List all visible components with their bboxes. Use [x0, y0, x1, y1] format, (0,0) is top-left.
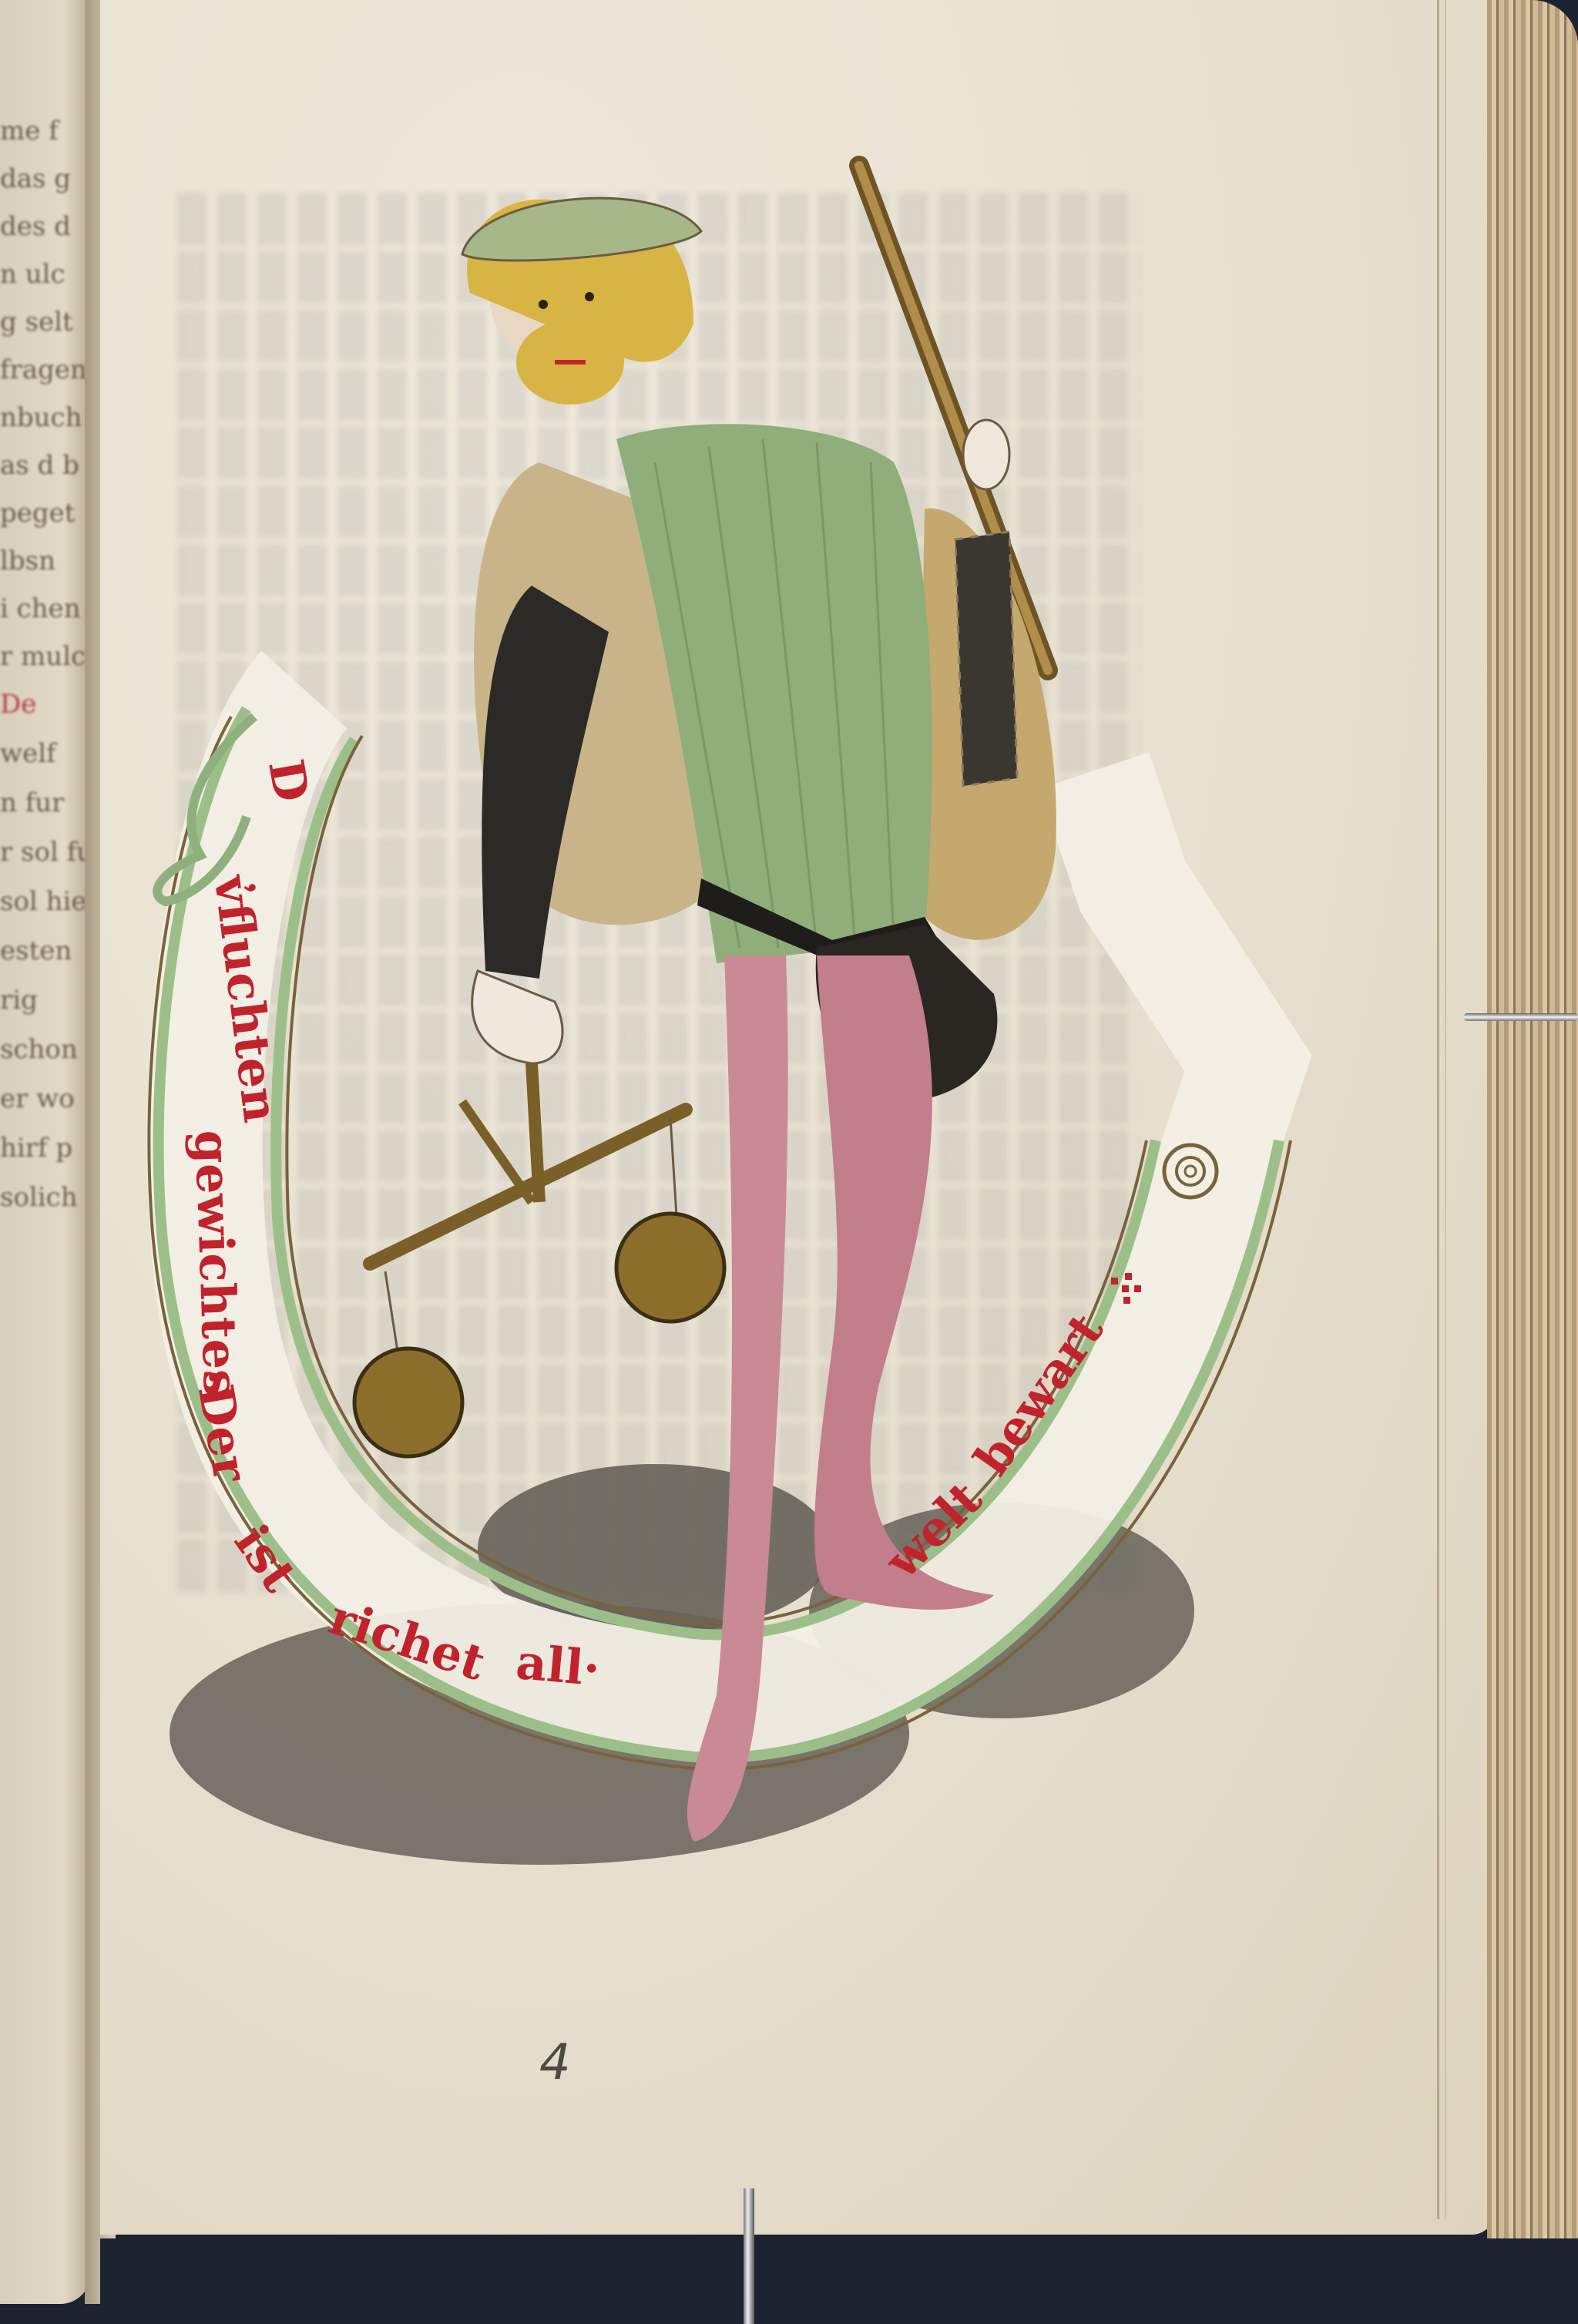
page-clip-bottom [744, 2188, 754, 2324]
background-dark [100, 2238, 1578, 2324]
page-number: 4 [539, 2034, 571, 2091]
chequered-sleeve [955, 532, 1017, 786]
head [462, 198, 701, 405]
right-hand [963, 420, 1009, 489]
balance-scale [354, 971, 724, 1456]
quatrefoil-ornament [1110, 1271, 1143, 1305]
page-clip-right [1464, 1013, 1578, 1021]
banderole-word-3: gewichtes [184, 1129, 250, 1397]
banderole-word-7: all· [514, 1634, 603, 1697]
